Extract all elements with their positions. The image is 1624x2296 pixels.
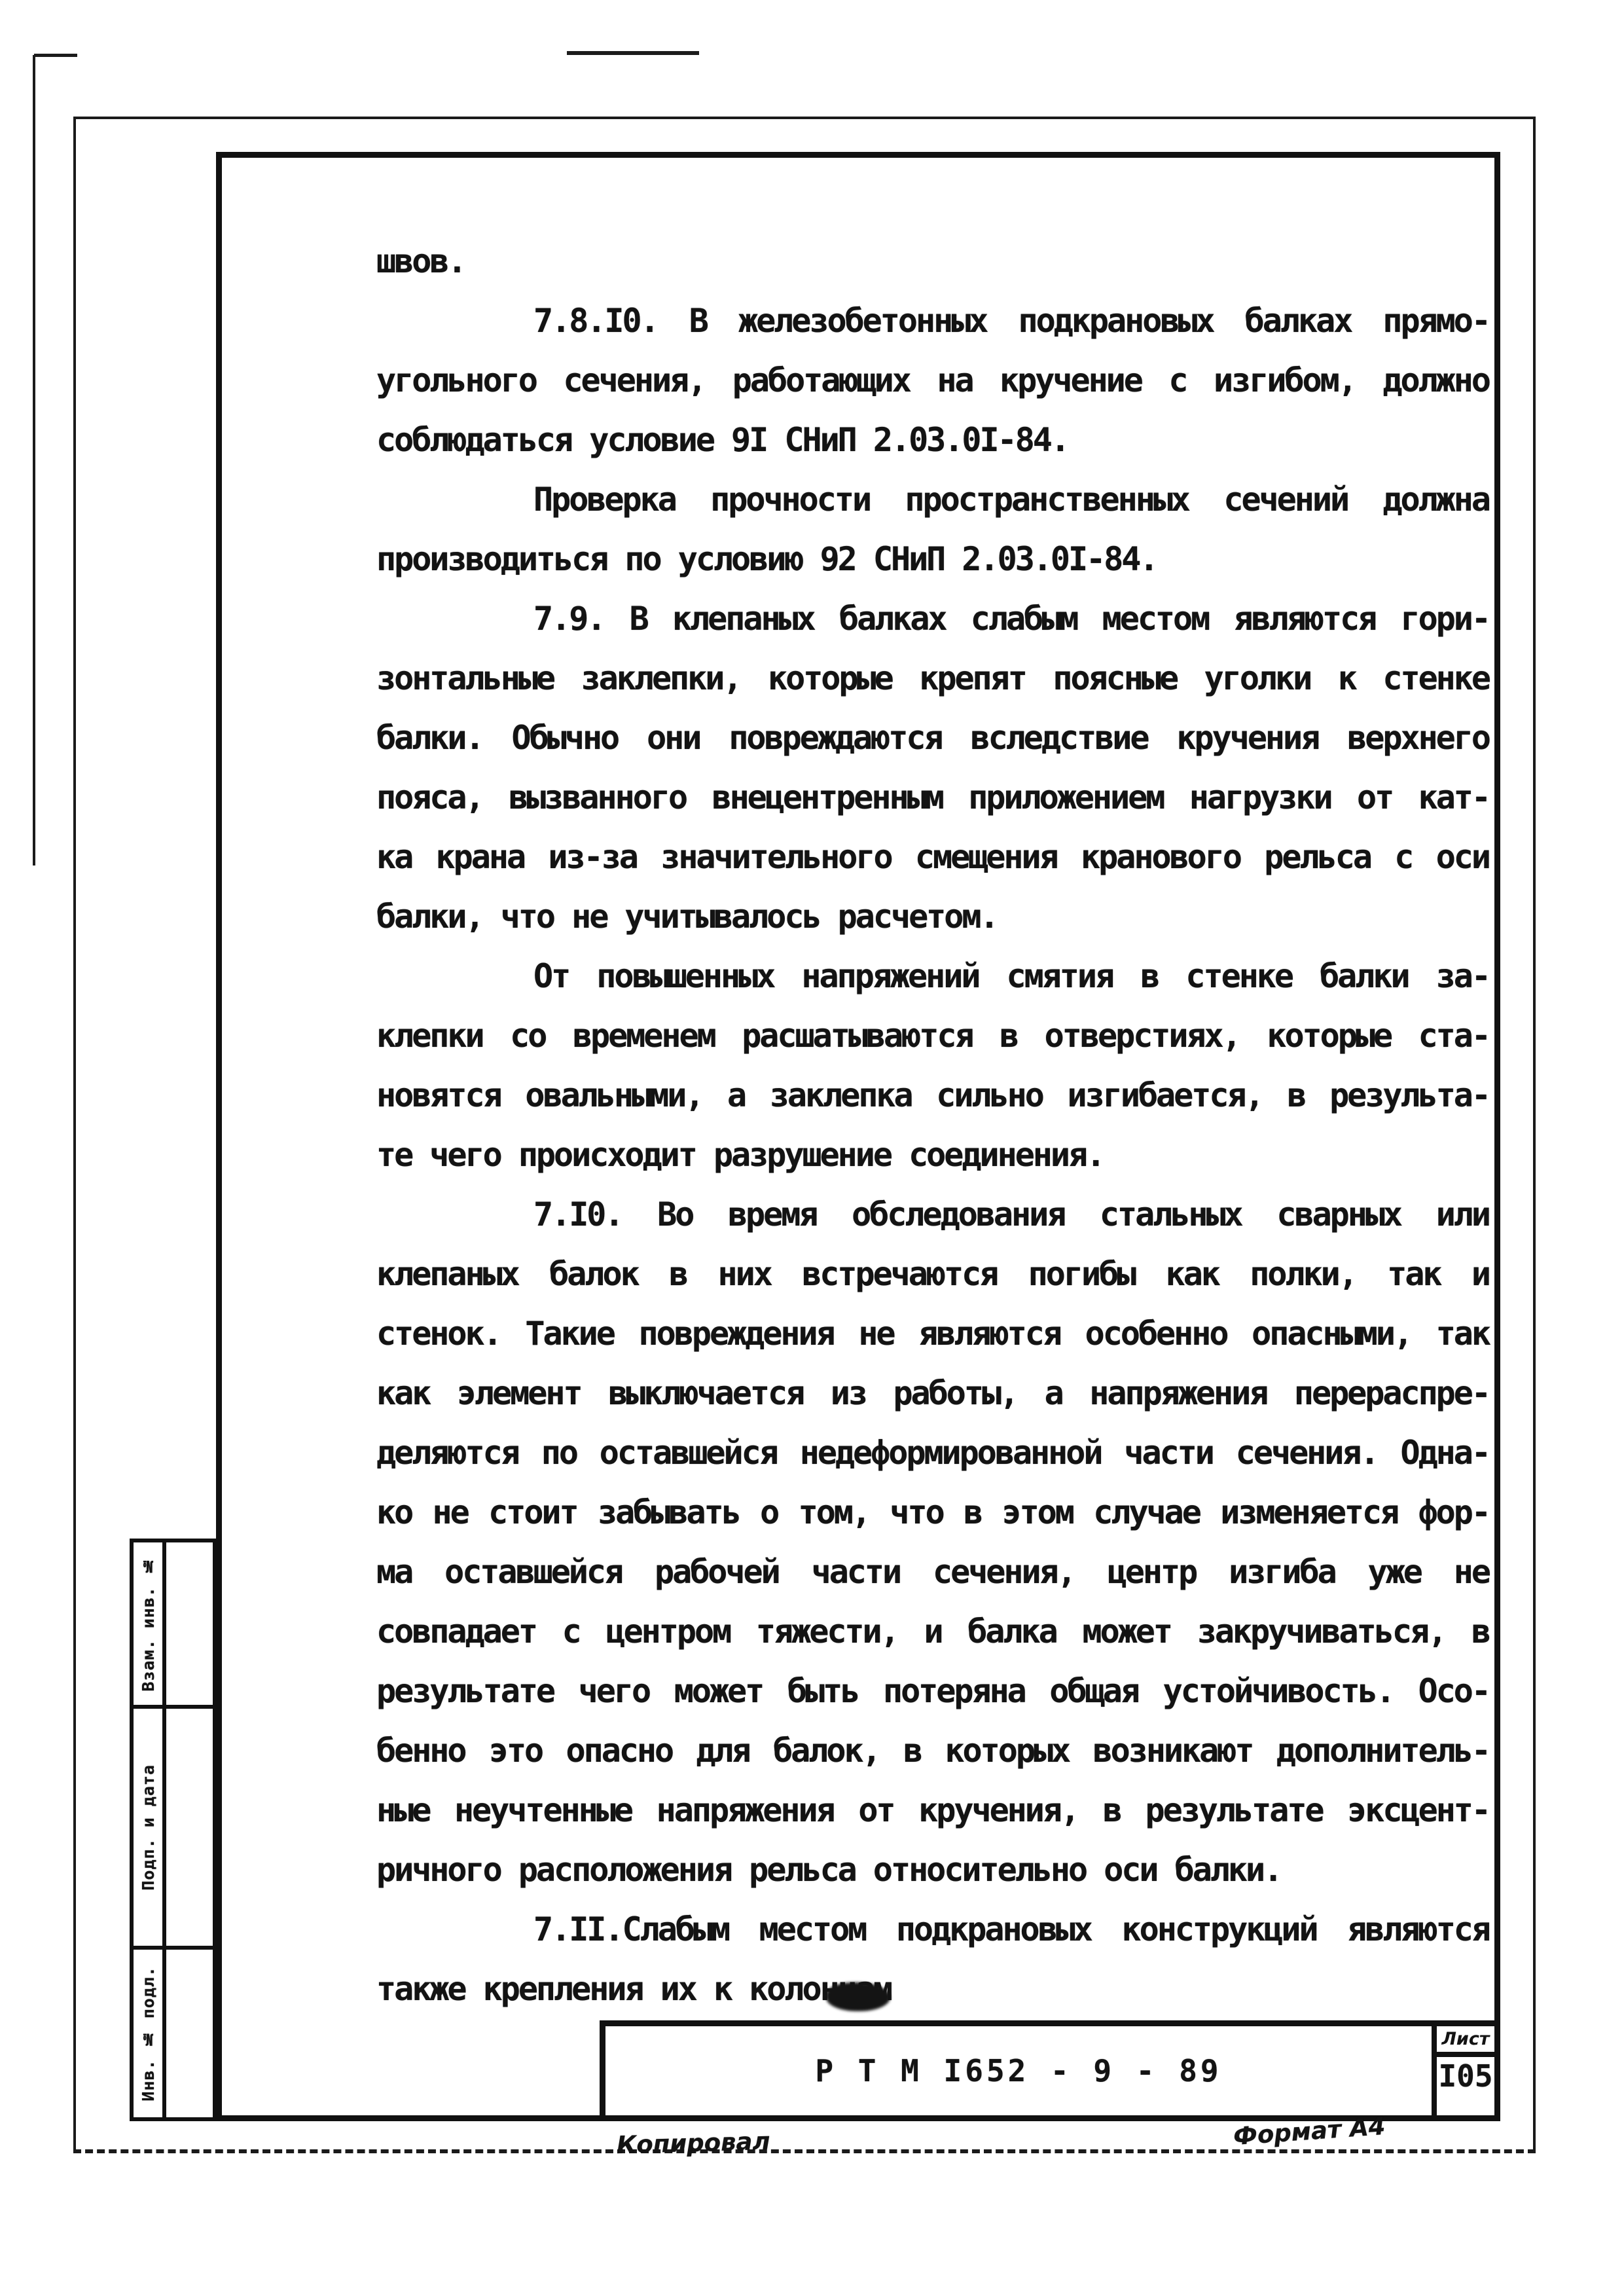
doc-number: Р Т М I652 - 9 - 89 <box>605 2026 1432 2115</box>
text-line: результате чего может быть потеряна обща… <box>376 1662 1489 1721</box>
side-stamp-signature-cell <box>166 1709 213 1946</box>
side-stamp-label: Взам. инв. № <box>140 1556 156 1692</box>
text-line: пояса, вызванного внецентренным приложен… <box>376 768 1489 828</box>
text-line: ка крана из-за значительного смещения кр… <box>376 828 1489 887</box>
side-stamp-label-cell: Взам. инв. № <box>134 1542 166 1705</box>
side-stamp-row: Подп. и дата <box>134 1709 213 1950</box>
text-line: производиться по условию 92 СНиП 2.03.0I… <box>376 530 1489 589</box>
text-line: угольного сечения, работающих на кручени… <box>376 351 1489 410</box>
text-line: как элемент выключается из работы, а нап… <box>376 1364 1489 1423</box>
text-line: ко не стоит забывать о том, что в этом с… <box>376 1483 1489 1542</box>
text-line: От повышенных напряжений смятия в стенке… <box>376 947 1489 1006</box>
text-line: зонтальные заклепки, которые крепят пояс… <box>376 649 1489 708</box>
side-stamp-label: Подп. и дата <box>140 1764 156 1891</box>
text-line: 7.9. В клепаных балках слабым местом явл… <box>376 589 1489 649</box>
document-text: швов.7.8.I0. В железобетонных подкрановы… <box>376 232 1489 2019</box>
side-stamp-row: Инв. № подл. <box>134 1950 213 2117</box>
side-stamp-label-cell: Инв. № подл. <box>134 1950 166 2117</box>
text-line: бенно это опасно для балок, в которых во… <box>376 1721 1489 1781</box>
sheet-box: Лист I05 <box>1432 2026 1494 2115</box>
scanned-document-page: { "colors": { "ink": "#131313", "paper":… <box>0 0 1624 2296</box>
title-block: Р Т М I652 - 9 - 89 Лист I05 <box>600 2020 1500 2121</box>
text-line: клепаных балок в них встречаются погибы … <box>376 1245 1489 1304</box>
scan-edge-dash <box>34 54 77 57</box>
scan-top-dash <box>567 51 699 55</box>
side-stamp-signature-cell <box>166 1542 213 1705</box>
text-line: балки. Обычно они повреждаются вследстви… <box>376 708 1489 768</box>
scan-edge-line <box>33 55 35 866</box>
text-line: клепки со временем расшатываются в отвер… <box>376 1006 1489 1066</box>
text-line: 7.I0. Во время обследования стальных сва… <box>376 1185 1489 1245</box>
side-stamp: Взам. инв. № Подп. и дата Инв. № подл. <box>130 1539 217 2121</box>
text-line: соблюдаться условие 9I СНиП 2.03.0I-84. <box>376 410 1489 470</box>
sheet-label: Лист <box>1437 2026 1494 2057</box>
text-line: 7.8.I0. В железобетонных подкрановых бал… <box>376 291 1489 351</box>
text-line: новятся овальными, а заклепка сильно изг… <box>376 1066 1489 1125</box>
text-line: ма оставшейся рабочей части сечения, цен… <box>376 1542 1489 1602</box>
side-stamp-label-cell: Подп. и дата <box>134 1709 166 1946</box>
text-line: Проверка прочности пространственных сече… <box>376 470 1489 530</box>
ink-smudge <box>826 1982 890 2011</box>
text-line: 7.II.Слабым местом подкрановых конструкц… <box>376 1900 1489 1959</box>
side-stamp-row: Взам. инв. № <box>134 1542 213 1709</box>
text-line: швов. <box>376 232 1489 291</box>
text-line: также крепления их к колоннам <box>376 1959 1489 2019</box>
text-line: стенок. Такие повреждения не являются ос… <box>376 1304 1489 1364</box>
outer-border-bottom-dashed <box>73 2149 1536 2153</box>
text-line: балки, что не учитывалось расчетом. <box>376 887 1489 947</box>
text-line: ные неучтенные напряжения от кручения, в… <box>376 1781 1489 1840</box>
copied-label: Копировал <box>616 2127 770 2159</box>
text-line: ричного расположения рельса относительно… <box>376 1840 1489 1900</box>
text-line: совпадает с центром тяжести, и балка мож… <box>376 1602 1489 1662</box>
sheet-number: I05 <box>1437 2057 1494 2115</box>
text-line: те чего происходит разрушение соединения… <box>376 1125 1489 1185</box>
text-line: деляются по оставшейся недеформированной… <box>376 1423 1489 1483</box>
side-stamp-label: Инв. № подл. <box>140 1966 156 2102</box>
side-stamp-signature-cell <box>166 1950 213 2117</box>
